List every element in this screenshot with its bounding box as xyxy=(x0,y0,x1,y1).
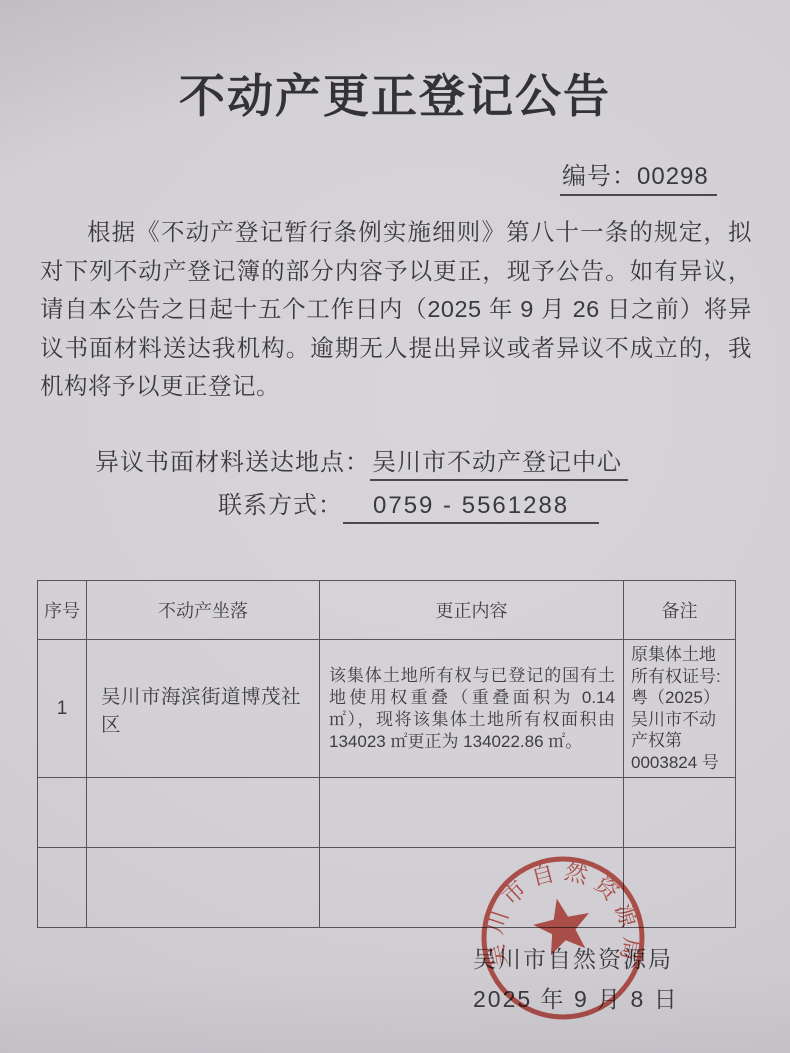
contact-phone-value: 0759 - 5561288 xyxy=(343,492,599,524)
doc-number: 编号：00298 xyxy=(560,156,717,196)
cell-remark: 原集体土地所有权证号:粤（2025）吴川市不动产权第0003824 号 xyxy=(624,640,736,778)
delivery-address-label: 异议书面材料送达地点： xyxy=(95,449,370,476)
header-location: 不动产坐落 xyxy=(87,581,320,640)
cell-correction xyxy=(320,778,624,848)
delivery-address-line: 异议书面材料送达地点：吴川市不动产登记中心 xyxy=(95,442,628,477)
seal-star-icon xyxy=(529,893,596,958)
cell-serial xyxy=(38,848,87,928)
cell-serial: 1 xyxy=(38,640,87,778)
cell-location xyxy=(87,848,320,928)
page-title: 不动产更正登记公告 xyxy=(0,60,790,126)
body-paragraph: 根据《不动产登记暂行条例实施细则》第八十一条的规定，拟对下列不动产登记簿的部分内… xyxy=(40,213,752,406)
table-header-row: 序号 不动产坐落 更正内容 备注 xyxy=(38,581,736,640)
official-seal: 吴川市自然资源局 xyxy=(477,853,649,1025)
cell-serial xyxy=(38,778,87,848)
cell-correction: 该集体土地所有权与已登记的国有土地使用权重叠（重叠面积为 0.14 ㎡），现将该… xyxy=(320,640,624,778)
header-correction: 更正内容 xyxy=(320,581,624,640)
header-remark: 备注 xyxy=(624,581,736,640)
header-serial: 序号 xyxy=(38,581,87,640)
table-row: 1 吴川市海滨街道博茂社区 该集体土地所有权与已登记的国有土地使用权重叠（重叠面… xyxy=(38,640,736,778)
table-row xyxy=(38,778,736,848)
contact-phone-label: 联系方式： xyxy=(218,492,343,519)
delivery-address-value: 吴川市不动产登记中心 xyxy=(370,449,628,481)
cell-location: 吴川市海滨街道博茂社区 xyxy=(87,640,320,778)
cell-location xyxy=(87,778,320,848)
cell-remark xyxy=(624,778,736,848)
contact-phone-line: 联系方式：0759 - 5561288 xyxy=(218,485,599,520)
